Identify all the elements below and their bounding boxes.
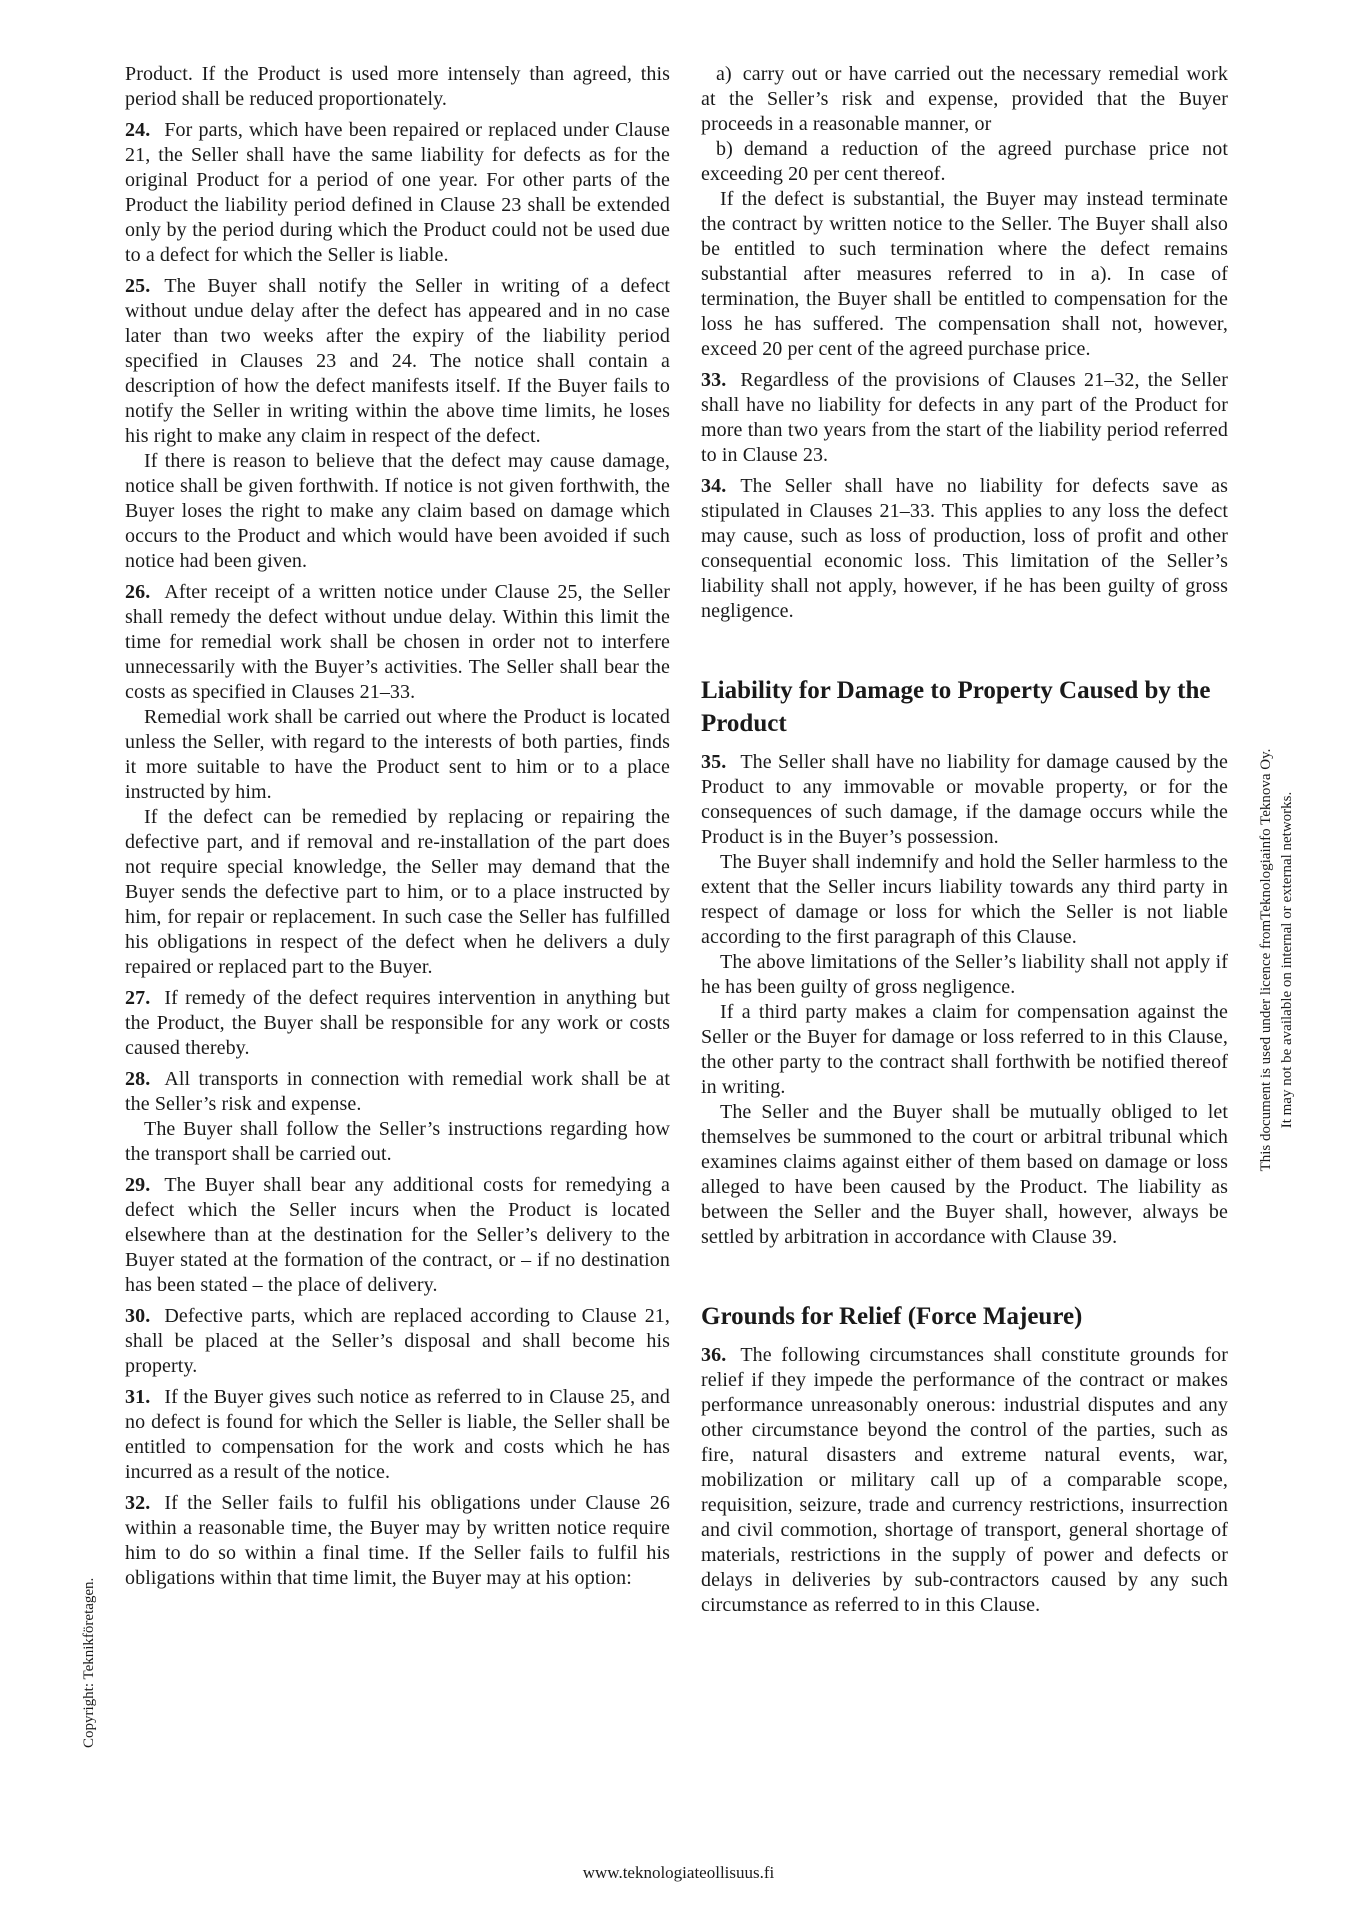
body-paragraph: The Buyer shall follow the Seller’s inst… <box>125 1117 670 1167</box>
paragraph-text: If the Seller fails to fulfil his obliga… <box>125 1492 670 1589</box>
paragraph-text: If a third party makes a claim for compe… <box>701 1001 1228 1098</box>
paragraph-text: If the Buyer gives such notice as referr… <box>125 1386 670 1483</box>
paragraph-text: The Seller shall have no liability for d… <box>701 475 1228 622</box>
paragraph-text: carry out or have carried out the necess… <box>701 63 1228 135</box>
paragraph-text: Product. If the Product is used more int… <box>125 63 670 110</box>
body-paragraph: The above limitations of the Seller’s li… <box>701 950 1228 1000</box>
clause-number: 28. <box>125 1068 150 1090</box>
paragraph-text: The Buyer shall bear any additional cost… <box>125 1174 670 1296</box>
clause-paragraph: 36.The following circumstances shall con… <box>701 1343 1228 1618</box>
clause-number: 24. <box>125 119 150 141</box>
section-heading-text: Liability for Damage to Property Caused … <box>701 677 1210 737</box>
clause-paragraph: 32.If the Seller fails to fulfil his obl… <box>125 1491 670 1591</box>
paragraph-text: The Buyer shall notify the Seller in wri… <box>125 275 670 447</box>
clause-number: 31. <box>125 1386 150 1408</box>
clause-paragraph: 33.Regardless of the provisions of Claus… <box>701 368 1228 468</box>
clause-paragraph: 34.The Seller shall have no liability fo… <box>701 474 1228 624</box>
clause-paragraph: 26.After receipt of a written notice und… <box>125 580 670 705</box>
body-paragraph: The Seller and the Buyer shall be mutual… <box>701 1100 1228 1250</box>
list-item-paragraph: b)demand a reduction of the agreed purch… <box>701 137 1228 187</box>
clause-number: 30. <box>125 1305 150 1327</box>
clause-paragraph: 25.The Buyer shall notify the Seller in … <box>125 274 670 449</box>
clause-paragraph: 24.For parts, which have been repaired o… <box>125 118 670 268</box>
copyright-vertical-text: Copyright: Teknikföretagen. <box>80 1578 99 1748</box>
clause-paragraph: 31.If the Buyer gives such notice as ref… <box>125 1385 670 1485</box>
clause-number: 36. <box>701 1344 726 1366</box>
list-marker: b) <box>716 138 733 160</box>
clause-number: 32. <box>125 1492 150 1514</box>
clause-number: 34. <box>701 475 726 497</box>
section-heading-text: Grounds for Relief (Force Majeure) <box>701 1303 1082 1330</box>
paragraph-text: If the defect can be remedied by replaci… <box>125 806 670 978</box>
paragraph-text: demand a reduction of the agreed purchas… <box>701 138 1228 185</box>
document-page: Product. If the Product is used more int… <box>0 0 1357 1920</box>
section-heading: Liability for Damage to Property Caused … <box>701 674 1228 740</box>
body-paragraph: If the defect is substantial, the Buyer … <box>701 187 1228 362</box>
clause-paragraph: 30.Defective parts, which are replaced a… <box>125 1304 670 1379</box>
paragraph-text: After receipt of a written notice under … <box>125 581 670 703</box>
licence-line-1: This document is used under licence from… <box>1256 749 1277 1172</box>
paragraph-text: The above limitations of the Seller’s li… <box>701 951 1228 998</box>
paragraph-text: The Seller shall have no liability for d… <box>701 751 1228 848</box>
clause-number: 35. <box>701 751 726 773</box>
body-paragraph: Product. If the Product is used more int… <box>125 62 670 112</box>
clause-number: 29. <box>125 1174 150 1196</box>
clause-number: 27. <box>125 987 150 1009</box>
paragraph-text: The Buyer shall indemnify and hold the S… <box>701 851 1228 948</box>
body-paragraph: If there is reason to believe that the d… <box>125 449 670 574</box>
clause-paragraph: 35.The Seller shall have no liability fo… <box>701 750 1228 850</box>
list-marker: a) <box>716 63 732 85</box>
paragraph-text: If the defect is substantial, the Buyer … <box>701 188 1228 360</box>
paragraph-text: The Seller and the Buyer shall be mutual… <box>701 1101 1228 1248</box>
list-item-paragraph: a)carry out or have carried out the nece… <box>701 62 1228 137</box>
paragraph-text: The Buyer shall follow the Seller’s inst… <box>125 1118 670 1165</box>
clause-number: 25. <box>125 275 150 297</box>
clause-paragraph: 28.All transports in connection with rem… <box>125 1067 670 1117</box>
clause-number: 26. <box>125 581 150 603</box>
clause-paragraph: 29.The Buyer shall bear any additional c… <box>125 1173 670 1298</box>
paragraph-text: The following circumstances shall consti… <box>701 1344 1228 1616</box>
body-paragraph: Remedial work shall be carried out where… <box>125 705 670 805</box>
paragraph-text: All transports in connection with remedi… <box>125 1068 670 1115</box>
paragraph-text: For parts, which have been repaired or r… <box>125 119 670 266</box>
body-paragraph: The Buyer shall indemnify and hold the S… <box>701 850 1228 950</box>
right-text-column: a)carry out or have carried out the nece… <box>701 62 1228 1618</box>
body-paragraph: If the defect can be remedied by replaci… <box>125 805 670 980</box>
paragraph-text: Remedial work shall be carried out where… <box>125 706 670 803</box>
paragraph-text: Regardless of the provisions of Clauses … <box>701 369 1228 466</box>
licence-line-2: It may not be available on internal or e… <box>1277 749 1298 1172</box>
paragraph-text: If there is reason to believe that the d… <box>125 450 670 572</box>
left-text-column: Product. If the Product is used more int… <box>125 62 670 1591</box>
clause-paragraph: 27.If remedy of the defect requires inte… <box>125 986 670 1061</box>
paragraph-text: Defective parts, which are replaced acco… <box>125 1305 670 1377</box>
footer-url: www.teknologiateollisuus.fi <box>0 1862 1357 1884</box>
section-heading: Grounds for Relief (Force Majeure) <box>701 1300 1228 1333</box>
body-paragraph: If a third party makes a claim for compe… <box>701 1000 1228 1100</box>
paragraph-text: If remedy of the defect requires interve… <box>125 987 670 1059</box>
clause-number: 33. <box>701 369 726 391</box>
licence-vertical-text: This document is used under licence from… <box>1256 749 1298 1172</box>
